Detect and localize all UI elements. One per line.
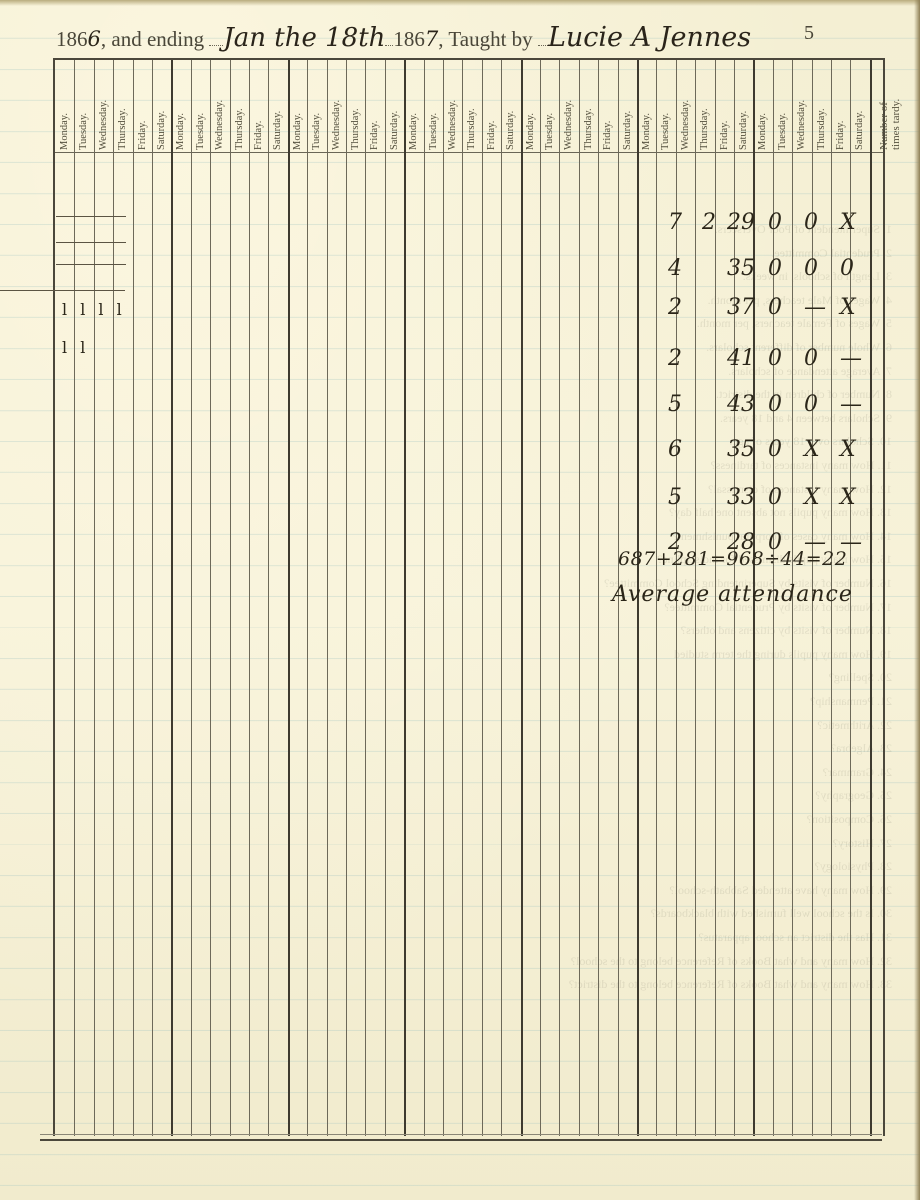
day-column-divider — [482, 60, 483, 1136]
day-header-saturday: Saturday. — [269, 64, 287, 150]
day-column-divider — [288, 60, 290, 1136]
pencil-rule-line — [56, 264, 126, 265]
start-year-printed: 186 — [56, 27, 88, 51]
summary-column-divider — [870, 60, 872, 1136]
day-column-divider — [540, 60, 541, 1136]
day-column-divider — [307, 60, 308, 1136]
day-header-thursday: Thursday. — [813, 64, 831, 150]
day-header-tuesday: Tuesday. — [192, 64, 210, 150]
entry-moral: 0 — [768, 210, 782, 235]
day-header-wednesday: Wednesday. — [211, 64, 229, 150]
page-top-shadow — [0, 0, 920, 6]
entry-rank: 0 — [840, 256, 854, 281]
entry-tardy: 5 — [668, 392, 682, 417]
day-column-divider — [462, 60, 463, 1136]
entry-rank: X — [840, 295, 856, 320]
ending-date-handwritten: Jan the 18th — [223, 23, 385, 53]
day-header-friday: Friday. — [134, 64, 152, 150]
register-header: 1866, and ending Jan the 18th1867, Taugh… — [56, 22, 876, 52]
table-bottom-border — [40, 1134, 882, 1141]
entry-tardy: 4 — [668, 256, 682, 281]
day-header-wednesday: Wednesday. — [328, 64, 346, 150]
day-header-friday: Friday. — [599, 64, 617, 150]
day-column-divider — [501, 60, 502, 1136]
entry-attendance: 35 — [727, 437, 755, 462]
day-column-divider — [230, 60, 231, 1136]
day-column-divider — [171, 60, 173, 1136]
entry-attendance: 33 — [727, 485, 755, 510]
dotted-fill — [538, 44, 548, 46]
entry-rank: — — [840, 392, 862, 417]
entry-habits: — — [804, 295, 826, 320]
day-column-divider — [579, 60, 580, 1136]
entry-attendance: 41 — [727, 346, 755, 371]
taught-by-label: , Taught by — [438, 27, 532, 51]
entry-rank: X — [840, 485, 856, 510]
entry-attendance: 29 — [727, 210, 755, 235]
day-header-friday: Friday. — [832, 64, 850, 150]
page-number: 5 — [804, 22, 814, 45]
attendance-calculation: 687+281=968÷44=22 — [618, 548, 847, 570]
column-header-times-tardy: Number of times tardy. — [878, 64, 904, 150]
day-header-monday: Monday. — [56, 64, 74, 150]
day-header-tuesday: Tuesday. — [425, 64, 443, 150]
day-column-divider — [346, 60, 347, 1136]
page-right-edge — [914, 0, 920, 1200]
entry-tardy: 2 — [668, 346, 682, 371]
day-header-monday: Monday. — [638, 64, 656, 150]
day-header-monday: Monday. — [522, 64, 540, 150]
day-header-wednesday: Wednesday. — [560, 64, 578, 150]
day-header-monday: Monday. — [289, 64, 307, 150]
entry-attendance: 43 — [727, 392, 755, 417]
day-header-friday: Friday. — [716, 64, 734, 150]
entry-attendance: 35 — [727, 256, 755, 281]
end-year-printed: 186 — [393, 27, 425, 51]
day-header-tuesday: Tuesday. — [541, 64, 559, 150]
entry-habits: 0 — [804, 392, 818, 417]
day-header-wednesday: Wednesday. — [444, 64, 462, 150]
entry-dismissed: 2 — [702, 210, 716, 235]
pencil-rule-line — [56, 242, 126, 243]
entry-habits: X — [804, 485, 820, 510]
entry-tardy: 2 — [668, 295, 682, 320]
day-column-divider — [210, 60, 211, 1136]
day-header-tuesday: Tuesday. — [774, 64, 792, 150]
day-header-monday: Monday. — [405, 64, 423, 150]
entry-tardy: 5 — [668, 485, 682, 510]
tally-marks: l l l l — [62, 300, 126, 319]
day-column-divider — [365, 60, 366, 1136]
day-header-thursday: Thursday. — [696, 64, 714, 150]
day-column-divider — [327, 60, 328, 1136]
entry-moral: 0 — [768, 256, 782, 281]
entry-rank: X — [840, 437, 856, 462]
entry-moral: 0 — [768, 437, 782, 462]
day-column-divider — [152, 60, 153, 1136]
day-header-saturday: Saturday. — [619, 64, 637, 150]
day-header-thursday: Thursday. — [347, 64, 365, 150]
day-column-divider — [191, 60, 192, 1136]
entry-attendance: 37 — [727, 295, 755, 320]
day-column-divider — [113, 60, 114, 1136]
day-column-divider — [385, 60, 386, 1136]
entry-moral: 0 — [768, 485, 782, 510]
entry-moral: 0 — [768, 295, 782, 320]
day-header-thursday: Thursday. — [114, 64, 132, 150]
entry-habits: X — [804, 437, 820, 462]
entry-rank: — — [840, 346, 862, 371]
entry-habits: 0 — [804, 210, 818, 235]
start-year-handwritten: 6 — [88, 27, 101, 51]
day-header-saturday: Saturday. — [851, 64, 869, 150]
day-header-friday: Friday. — [366, 64, 384, 150]
average-attendance-note: Average attendance — [612, 582, 853, 607]
day-header-thursday: Thursday. — [580, 64, 598, 150]
dotted-fill — [209, 44, 223, 46]
entry-tardy: 7 — [668, 210, 682, 235]
pencil-rule-line — [56, 216, 126, 217]
tally-marks: l l — [62, 338, 89, 357]
day-header-friday: Friday. — [483, 64, 501, 150]
day-header-tuesday: Tuesday. — [657, 64, 675, 150]
entry-habits: 0 — [804, 346, 818, 371]
day-header-monday: Monday. — [754, 64, 772, 150]
entry-rank: X — [840, 210, 856, 235]
day-header-wednesday: Wednesday. — [793, 64, 811, 150]
day-column-divider — [249, 60, 250, 1136]
day-header-saturday: Saturday. — [735, 64, 753, 150]
day-header-thursday: Thursday. — [231, 64, 249, 150]
day-column-divider — [559, 60, 560, 1136]
teacher-name-handwritten: Lucie A Jennes — [548, 22, 751, 53]
day-column-divider — [598, 60, 599, 1136]
day-column-divider — [424, 60, 425, 1136]
day-column-divider — [268, 60, 269, 1136]
day-column-divider — [404, 60, 406, 1136]
entry-moral: 0 — [768, 346, 782, 371]
day-column-divider — [443, 60, 444, 1136]
day-column-divider — [521, 60, 523, 1136]
day-header-tuesday: Tuesday. — [75, 64, 93, 150]
day-header-saturday: Saturday. — [502, 64, 520, 150]
entry-tardy: 6 — [668, 437, 682, 462]
entry-habits: 0 — [804, 256, 818, 281]
day-header-wednesday: Wednesday. — [677, 64, 695, 150]
day-header-friday: Friday. — [250, 64, 268, 150]
day-column-divider — [74, 60, 75, 1136]
day-header-monday: Monday. — [172, 64, 190, 150]
pencil-rule-line — [0, 290, 125, 291]
day-header-saturday: Saturday. — [386, 64, 404, 150]
header-row-divider — [55, 152, 883, 153]
day-column-divider — [94, 60, 95, 1136]
ending-label: , and ending — [101, 27, 204, 51]
day-header-thursday: Thursday. — [463, 64, 481, 150]
day-header-saturday: Saturday. — [153, 64, 171, 150]
entry-moral: 0 — [768, 392, 782, 417]
day-header-wednesday: Wednesday. — [95, 64, 113, 150]
end-year-handwritten: 7 — [425, 27, 438, 51]
day-header-tuesday: Tuesday. — [308, 64, 326, 150]
day-column-divider — [133, 60, 134, 1136]
